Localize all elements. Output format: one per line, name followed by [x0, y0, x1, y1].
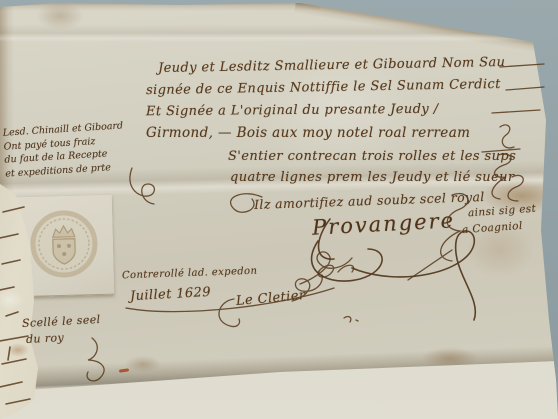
seal-note-line-2: du roy: [26, 331, 65, 346]
body-line-6: quatre lignes prem les Jeudy et lié sueu…: [230, 170, 515, 185]
margin-note: Lesd. Chinaill et Giboard Ont payé tous …: [2, 119, 126, 180]
body-line-3: Et Signée a L'original du presante Jeudy…: [146, 102, 439, 120]
paper-crease-top: [0, 24, 558, 42]
embossed-royal-seal-icon: [27, 207, 101, 281]
paper-deckle-edge: [0, 0, 320, 11]
body-line-4: Girmond, — Bois aux moy notel roal rerre…: [146, 125, 470, 141]
body-line-5: S'entier contrecan trois rolles et les s…: [228, 149, 516, 164]
photo-background: Jeudy et Lesditz Smallieure et Gibouard …: [0, 0, 558, 419]
